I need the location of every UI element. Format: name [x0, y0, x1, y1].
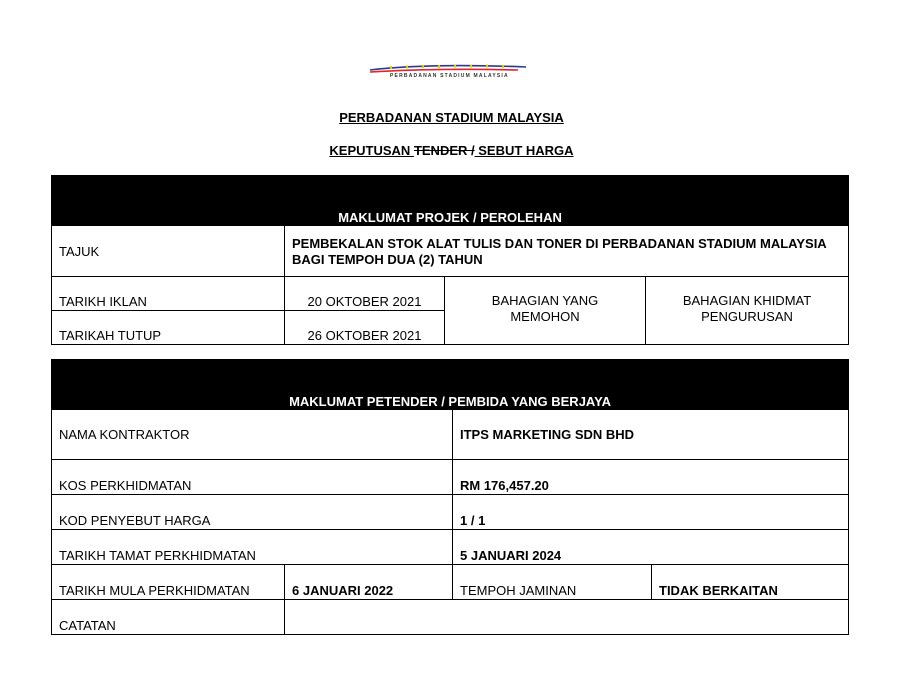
psm-logo: PERBADANAN STADIUM MALAYSIA	[368, 62, 530, 84]
project-info-table: MAKLUMAT PROJEK / PEROLEHAN TAJUK PEMBEK…	[51, 175, 849, 345]
tempoh-jaminan-label: TEMPOH JAMINAN	[453, 565, 652, 600]
tarikh-mula-label: TARIKH MULA PERKHIDMATAN	[52, 565, 285, 600]
kod-value: 1 / 1	[453, 495, 849, 530]
tarikh-tutup-label: TARIKAH TUTUP	[52, 311, 285, 345]
nama-kontraktor-label: NAMA KONTRAKTOR	[52, 410, 453, 460]
catatan-label: CATATAN	[52, 600, 285, 635]
org-title: PERBADANAN STADIUM MALAYSIA	[0, 110, 903, 125]
bahagian-value: BAHAGIAN KHIDMATPENGURUSAN	[646, 277, 849, 345]
kod-label: KOD PENYEBUT HARGA	[52, 495, 453, 530]
kos-label: KOS PERKHIDMATAN	[52, 460, 453, 495]
tarikh-mula-value: 6 JANUARI 2022	[285, 565, 453, 600]
winner-info-header: MAKLUMAT PETENDER / PEMBIDA YANG BERJAYA	[52, 360, 849, 410]
kos-value: RM 176,457.20	[453, 460, 849, 495]
tajuk-label: TAJUK	[52, 226, 285, 277]
tajuk-value: PEMBEKALAN STOK ALAT TULIS DAN TONER DI …	[285, 226, 849, 277]
winner-info-table: MAKLUMAT PETENDER / PEMBIDA YANG BERJAYA…	[51, 359, 849, 635]
tarikh-tamat-value: 5 JANUARI 2024	[453, 530, 849, 565]
struck-tender-text: TENDER /	[414, 143, 475, 158]
tarikh-tamat-label: TARIKH TAMAT PERKHIDMATAN	[52, 530, 453, 565]
tempoh-jaminan-value: TIDAK BERKAITAN	[652, 565, 849, 600]
project-info-header: MAKLUMAT PROJEK / PEROLEHAN	[52, 176, 849, 226]
tarikh-iklan-label: TARIKH IKLAN	[52, 277, 285, 311]
tarikh-tutup-value: 26 OKTOBER 2021	[285, 311, 445, 345]
catatan-value	[285, 600, 849, 635]
bahagian-label: BAHAGIAN YANGMEMOHON	[445, 277, 646, 345]
logo-text: PERBADANAN STADIUM MALAYSIA	[390, 73, 509, 79]
nama-kontraktor-value: ITPS MARKETING SDN BHD	[453, 410, 849, 460]
tarikh-iklan-value: 20 OKTOBER 2021	[285, 277, 445, 311]
decision-title: KEPUTUSAN TENDER / SEBUT HARGA	[0, 143, 903, 158]
